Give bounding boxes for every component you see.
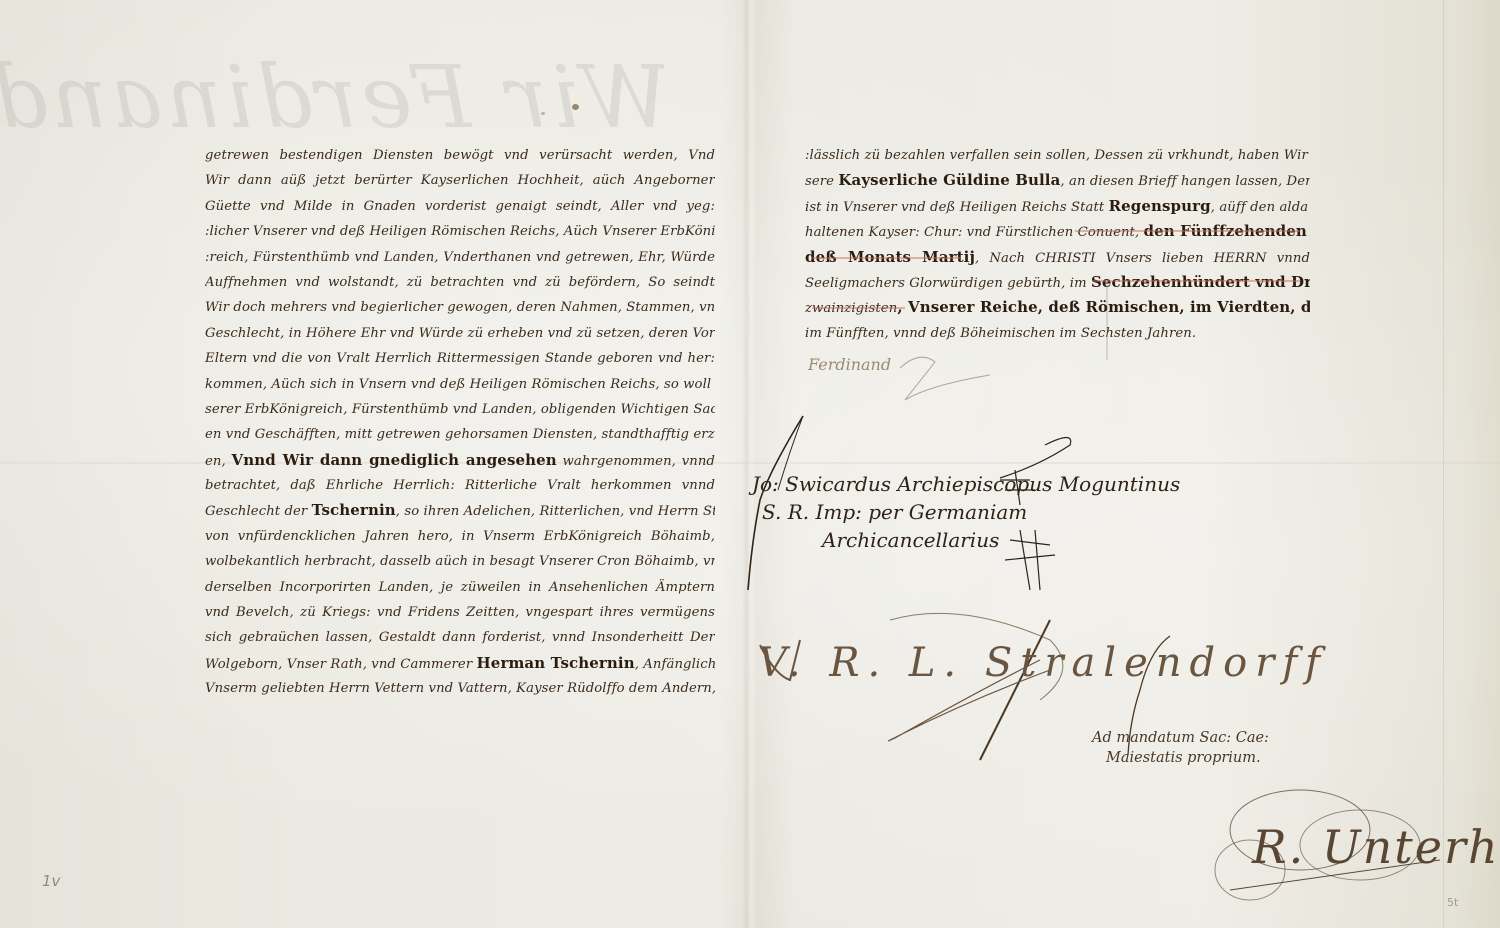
text-line: Wir doch mehrers vnd begierlicher gewoge… xyxy=(205,295,715,320)
text-line: derselben Incorporirten Landen, je züwei… xyxy=(205,575,715,600)
text-line: :reich, Fürstenthümb vnd Landen, Vnderth… xyxy=(205,245,715,270)
text-line-emphasized: Geschlecht der Tschernin, so ihren Adeli… xyxy=(205,498,715,523)
ink-stain xyxy=(572,104,579,110)
text-line: sich gebraüchen lassen, Gestaldt dann fo… xyxy=(205,625,715,650)
folio-number: 1v xyxy=(42,872,60,890)
mandate-note-line: Maiestatis proprium. xyxy=(1092,748,1269,768)
text-line: von vnfürdencklichen Jahren hero, in Vns… xyxy=(205,524,715,549)
mandate-note-line: Ad mandatum Sac: Cae: xyxy=(1092,728,1269,748)
text-line-emphasized: sere Kayserliche Güldine Bulla, an diese… xyxy=(805,168,1310,193)
text-line-dated: Seeligmachers Glorwürdigen gebürth, im S… xyxy=(805,270,1310,295)
text-line: betrachtet, daß Ehrliche Herrlich: Ritte… xyxy=(205,473,715,498)
text-line-dated: haltenen Kayser: Chur: vnd Fürstlichen C… xyxy=(805,219,1310,244)
ink-stain xyxy=(541,112,545,115)
manuscript-sheet: Wir Ferdinand getrewen bestendigen Diens… xyxy=(0,0,1500,928)
archchancellor-signature: Jo: Swicardus Archiepiscopus Moguntinus … xyxy=(752,470,1180,554)
text-line: Vnserm geliebten Herrn Vettern vnd Vatte… xyxy=(205,676,715,701)
bleed-through-script: Wir Ferdinand xyxy=(230,48,670,158)
mandate-note: Ad mandatum Sac: Cae: Maiestatis propriu… xyxy=(1092,728,1269,768)
left-page-text: getrewen bestendigen Diensten bewögt vnd… xyxy=(205,143,715,702)
text-line-emphasized: en, Vnnd Wir dann gnediglich angesehen w… xyxy=(205,448,715,473)
archival-mark: 5t xyxy=(1447,896,1458,909)
vice-chancellor-signature: V. R. L. Stralendorff xyxy=(758,640,1328,686)
right-edge-fold xyxy=(1443,0,1444,928)
text-line: Auffnehmen vnd wolstandt, zü betrachten … xyxy=(205,270,715,295)
center-gutter-fold xyxy=(742,0,756,928)
text-line: :licher Vnserer vnd deß Heiligen Römisch… xyxy=(205,219,715,244)
archchancellor-signature-line: Archicancellarius xyxy=(752,526,1180,554)
emperor-signature: Ferdinand xyxy=(808,355,891,374)
text-line: Eltern vnd die von Vralt Herrlich Ritter… xyxy=(205,346,715,371)
archchancellor-signature-line: S. R. Imp: per Germaniam xyxy=(752,498,1180,526)
text-line: Wir dann aüß jetzt berürter Kayserlichen… xyxy=(205,168,715,193)
text-line-dated: zwainzigisten, Vnserer Reiche, deß Römis… xyxy=(805,295,1310,320)
text-line: Geschlecht, in Höhere Ehr vnd Würde zü e… xyxy=(205,321,715,346)
text-line-dated: deß Monats Martij, Nach CHRISTI Vnsers l… xyxy=(805,245,1310,270)
right-page-text: :lässlich zü bezahlen verfallen sein sol… xyxy=(805,143,1310,346)
text-line: kommen, Aüch sich in Vnsern vnd deß Heil… xyxy=(205,372,715,397)
text-line-emphasized: Wolgeborn, Vnser Rath, vnd Cammerer Herm… xyxy=(205,651,715,676)
text-line: en vnd Geschäfften, mitt getrewen gehors… xyxy=(205,422,715,447)
text-line: ist in Vnserer vnd deß Heiligen Reichs S… xyxy=(805,194,1310,219)
archchancellor-signature-line: Jo: Swicardus Archiepiscopus Moguntinus xyxy=(752,470,1180,498)
text-line: wolbekantlich herbracht, dasselb aüch in… xyxy=(205,549,715,574)
text-line: getrewen bestendigen Diensten bewögt vnd… xyxy=(205,143,715,168)
text-line: serer ErbKönigreich, Fürstenthümb vnd La… xyxy=(205,397,715,422)
secretary-signature: R. Unterholtzer xyxy=(1252,820,1500,874)
text-line: vnd Bevelch, zü Kriegs: vnd Fridens Zeit… xyxy=(205,600,715,625)
text-line: Güette vnd Milde in Gnaden vorderist gen… xyxy=(205,194,715,219)
text-line-closing: im Fünfften, vnnd deß Böheimischen im Se… xyxy=(805,321,1310,346)
text-line: :lässlich zü bezahlen verfallen sein sol… xyxy=(805,143,1310,168)
